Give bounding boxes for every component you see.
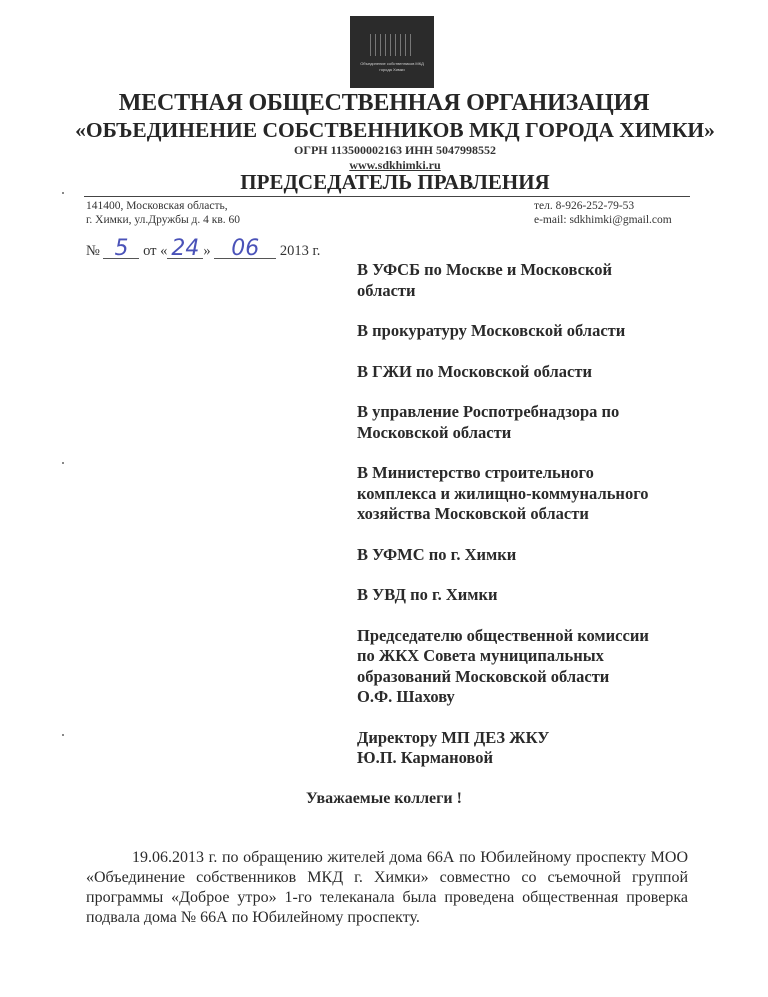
email: e-mail: sdkhimki@gmail.com: [534, 213, 672, 227]
addressee-line: В УВД по г. Химки: [357, 585, 717, 606]
addressee-block: Председателю общественной комиссиипо ЖКХ…: [357, 626, 717, 708]
scan-speck: [62, 734, 64, 736]
addressee-line: В управление Роспотребнадзора по: [357, 402, 717, 423]
addressee-line: Директору МП ДЕЗ ЖКУ: [357, 728, 717, 749]
scan-speck: [62, 192, 64, 194]
number-label: №: [86, 243, 100, 259]
addressee-line: хозяйства Московской области: [357, 504, 717, 525]
addressee-line: области: [357, 281, 717, 302]
handwritten-day: 24: [167, 240, 203, 259]
address-line-2: г. Химки, ул.Дружбы д. 4 кв. 60: [86, 213, 240, 227]
addressee-line: по ЖКХ Совета муниципальных: [357, 646, 717, 667]
org-name-heading: «ОБЪЕДИНЕНИЕ СОБСТВЕННИКОВ МКД ГОРОДА ХИ…: [0, 118, 768, 143]
addressee-block: В Министерство строительногокомплекса и …: [357, 463, 717, 525]
logo-emblem-icon: [370, 34, 414, 56]
addressee-block: В ГЖИ по Московской области: [357, 362, 717, 383]
phone: тел. 8-926-252-79-53: [534, 199, 672, 213]
handwritten-month: 06: [214, 240, 276, 259]
body-paragraph: 19.06.2013 г. по обращению жителей дома …: [86, 848, 688, 928]
greeting: Уважаемые коллеги !: [0, 790, 768, 808]
scan-speck: [62, 462, 64, 464]
date-year: 2013 г.: [280, 243, 321, 259]
addressee-line: Ю.П. Кармановой: [357, 748, 717, 769]
addressee-block: В УФСБ по Москве и Московскойобласти: [357, 260, 717, 301]
postal-address: 141400, Московская область, г. Химки, ул…: [86, 199, 240, 227]
addressee-block: В УФМС по г. Химки: [357, 545, 717, 566]
addressee-line: Председателю общественной комиссии: [357, 626, 717, 647]
addressee-line: образований Московской области: [357, 667, 717, 688]
org-type-heading: МЕСТНАЯ ОБЩЕСТВЕННАЯ ОРГАНИЗАЦИЯ: [0, 90, 768, 117]
organization-logo: Объединение собственников МКД города Хим…: [350, 16, 434, 88]
addressee-line: Московской области: [357, 423, 717, 444]
addressee-line: В УФМС по г. Химки: [357, 545, 717, 566]
header-divider: [84, 196, 690, 197]
addressee-block: В управление Роспотребнадзора поМосковск…: [357, 402, 717, 443]
addressee-line: В УФСБ по Москве и Московской: [357, 260, 717, 281]
letter-body: 19.06.2013 г. по обращению жителей дома …: [86, 848, 688, 928]
addressee-line: В ГЖИ по Московской области: [357, 362, 717, 383]
addressee-line: комплекса и жилищно-коммунального: [357, 484, 717, 505]
addressee-list: В УФСБ по Москве и МосковскойобластиВ пр…: [357, 260, 717, 789]
handwritten-number: 5: [103, 240, 139, 259]
address-line-1: 141400, Московская область,: [86, 199, 240, 213]
addressee-block: В прокуратуру Московской области: [357, 321, 717, 342]
date-quote-close: »: [203, 243, 210, 259]
date-from-label: от «: [143, 243, 167, 259]
addressee-line: В прокуратуру Московской области: [357, 321, 717, 342]
addressee-block: Директору МП ДЕЗ ЖКУЮ.П. Кармановой: [357, 728, 717, 769]
contact-info: тел. 8-926-252-79-53 e-mail: sdkhimki@gm…: [534, 199, 672, 227]
addressee-line: О.Ф. Шахову: [357, 687, 717, 708]
position-heading: ПРЕДСЕДАТЕЛЬ ПРАВЛЕНИЯ: [0, 170, 768, 195]
addressee-line: В Министерство строительного: [357, 463, 717, 484]
outgoing-number-line: № 5 от «24» 06 2013 г.: [86, 240, 320, 260]
registration-numbers: ОГРН 113500002163 ИНН 5047998552: [0, 143, 768, 158]
logo-caption: Объединение собственников МКД города Хим…: [358, 61, 426, 73]
addressee-block: В УВД по г. Химки: [357, 585, 717, 606]
